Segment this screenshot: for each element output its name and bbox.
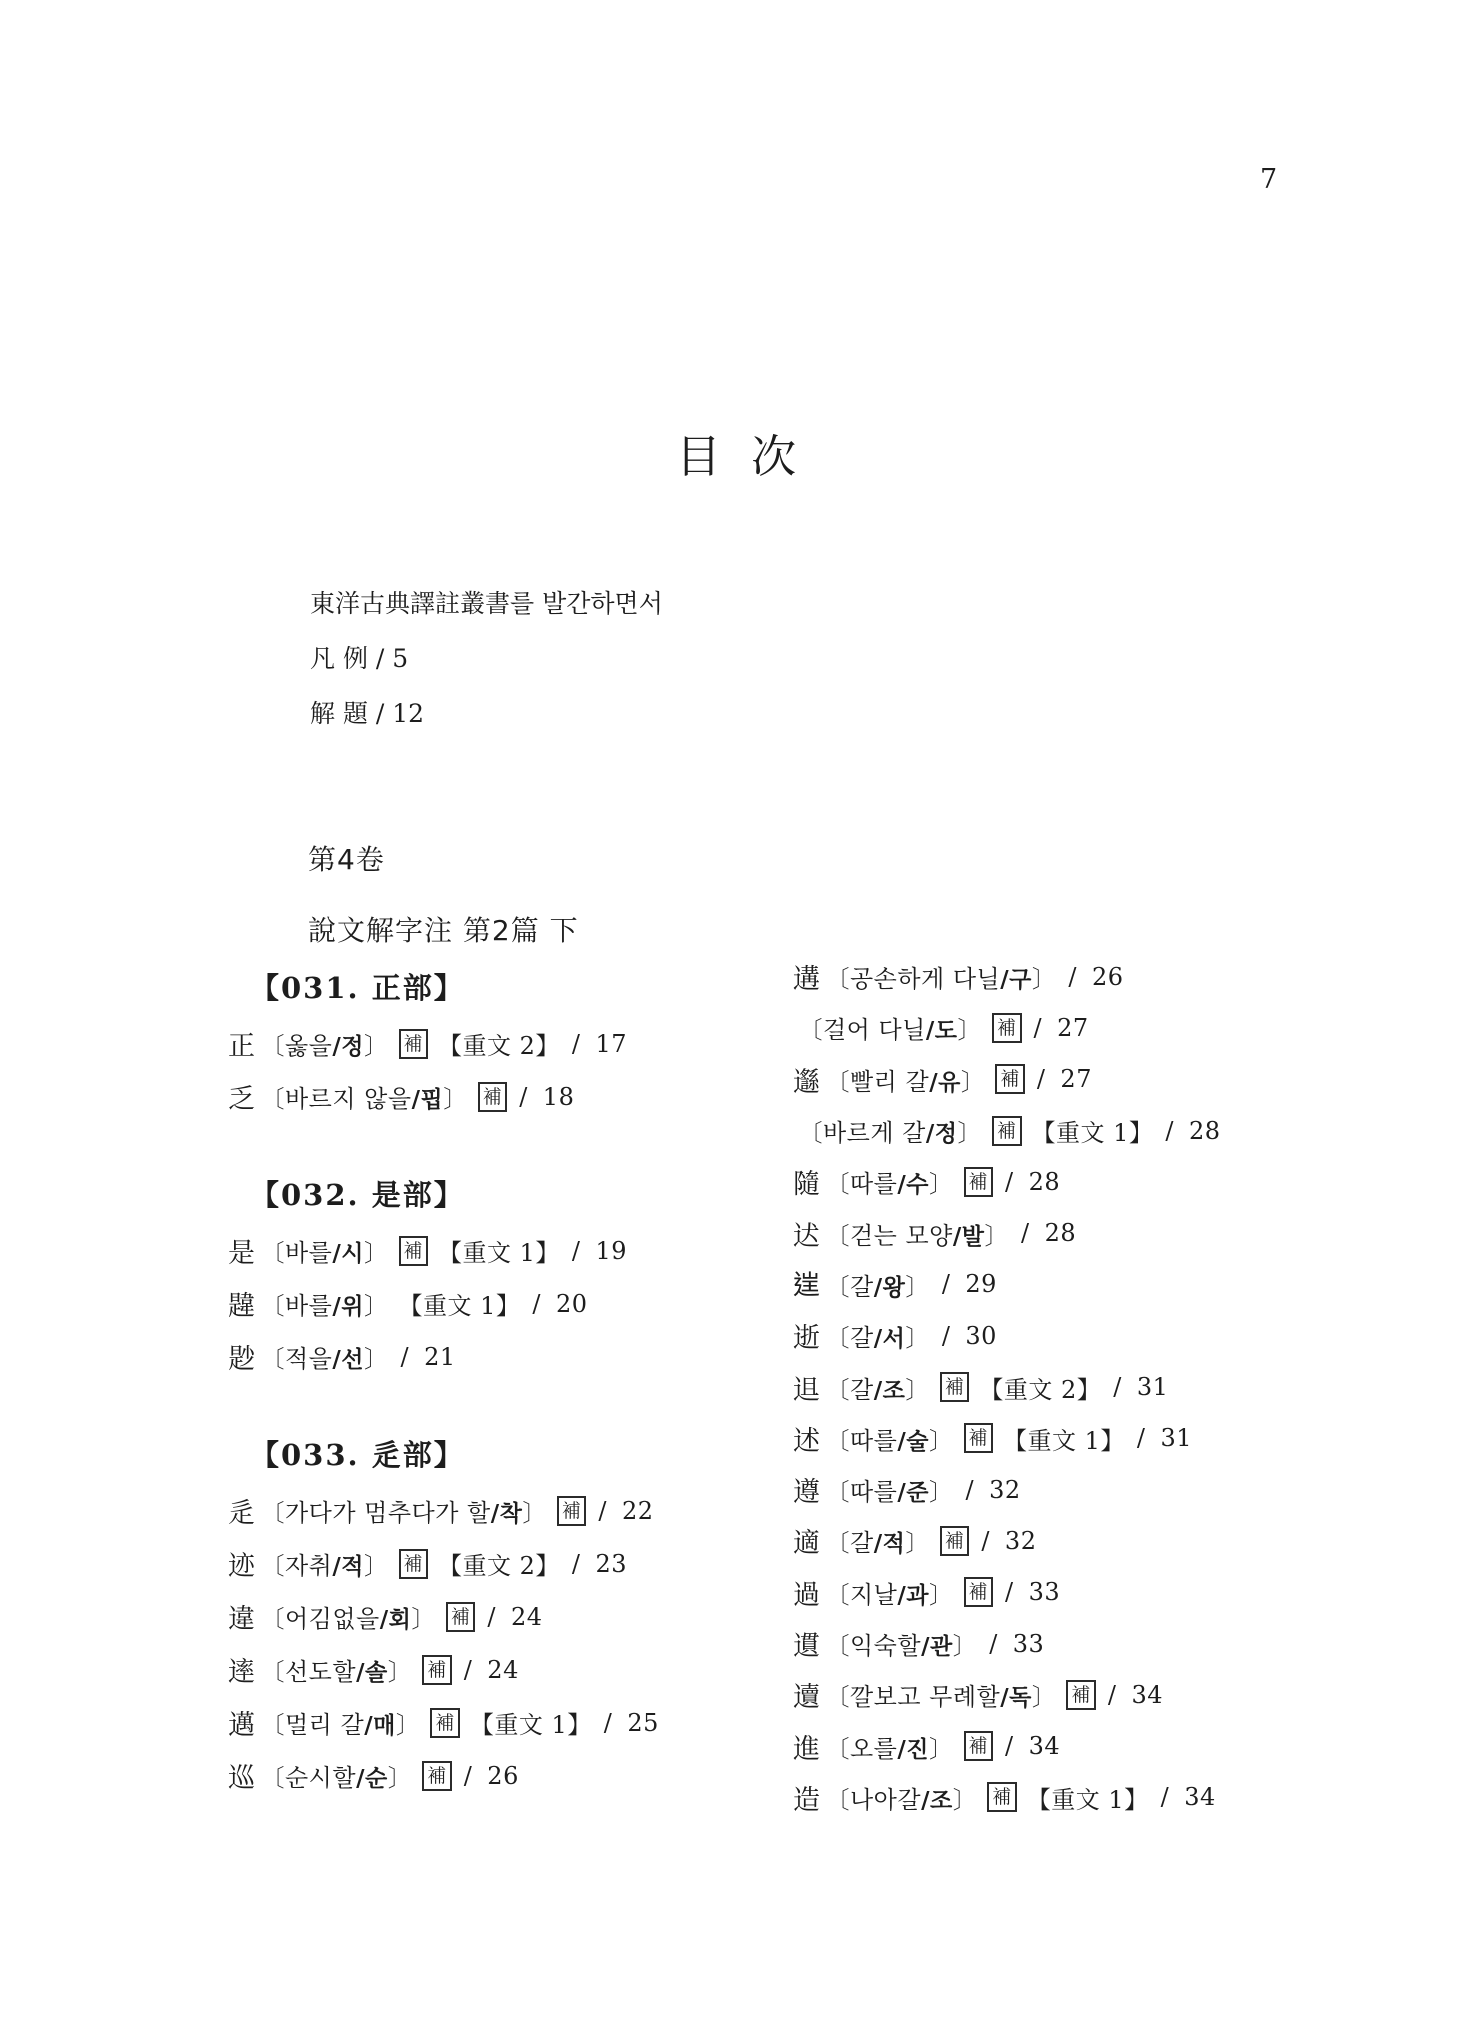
bo-supplement-mark: 補 — [964, 1423, 994, 1453]
entry-gloss: 오를 — [850, 1735, 897, 1763]
bo-supplement-mark: 補 — [987, 1782, 1017, 1812]
volume-number: 第4卷 — [308, 838, 579, 878]
entry-reading: 위 — [332, 1294, 364, 1320]
toc-entry: 正 옳을정 補 重文 2 17 — [228, 1017, 788, 1070]
entry-page-number: 28 — [1005, 1168, 1060, 1196]
entry-page-number: 28 — [1165, 1117, 1220, 1145]
entry-headword-hanja: 巡 — [228, 1756, 256, 1795]
entry-reading: 순 — [356, 1766, 388, 1792]
entry-page-number: 28 — [1021, 1219, 1076, 1247]
entry-gloss-bracket: 익숙할관 — [826, 1626, 978, 1661]
entry-gloss-bracket: 바르게 갈정 — [799, 1113, 983, 1148]
entry-page-number: 26 — [1068, 963, 1123, 991]
entry-gloss-bracket: 갈조 — [826, 1370, 930, 1405]
entry-gloss: 선도할 — [285, 1658, 356, 1686]
entry-reading: 독 — [1000, 1685, 1032, 1711]
entry-gloss: 갈 — [850, 1273, 874, 1301]
toc-entry: 是 바를시 補 重文 1 19 — [228, 1224, 788, 1277]
entry-page-number: 21 — [401, 1343, 456, 1371]
entry-gloss: 깔보고 무례할 — [850, 1683, 1000, 1711]
entry-reading: 과 — [897, 1583, 929, 1609]
bo-supplement-mark: 補 — [478, 1082, 508, 1112]
entry-reading: 유 — [929, 1070, 961, 1096]
entry-page-number: 31 — [1137, 1424, 1192, 1452]
scanned-toc-page: 7 目 次 東洋古典譯註叢書를 발간하면서 凡 例 / 5 解 題 / 12 第… — [0, 0, 1480, 2024]
entry-page-number: 18 — [519, 1083, 574, 1111]
jungmun-badge: 重文 1 — [438, 1233, 560, 1268]
toc-left-column: 【031. 正部】 正 옳을정 補 重文 2 17 乏 바르지 않을핍 補 — [228, 960, 788, 1802]
entry-gloss: 가다가 멈추다가 할 — [285, 1499, 491, 1527]
entry-gloss: 멀리 갈 — [285, 1711, 364, 1739]
entry-page-number: 34 — [1161, 1783, 1216, 1811]
section-entries: 是 바를시 補 重文 1 19 韙 바를위 重文 1 20 — [228, 1224, 788, 1383]
entry-gloss-bracket: 바를위 — [261, 1286, 389, 1321]
entry-gloss-bracket: 가다가 멈추다가 할착 — [261, 1493, 547, 1528]
toc-entry: 韙 바를위 重文 1 20 — [228, 1277, 788, 1330]
entry-gloss-bracket: 걸어 다닐도 — [799, 1010, 983, 1045]
entry-gloss-bracket: 빨리 갈유 — [826, 1062, 986, 1097]
entry-gloss: 바를 — [285, 1292, 332, 1320]
entry-gloss-bracket: 깔보고 무례할독 — [826, 1677, 1057, 1712]
entry-page-number: 27 — [1037, 1065, 1092, 1093]
entry-gloss: 지날 — [850, 1581, 897, 1609]
bo-supplement-mark: 補 — [557, 1496, 587, 1526]
section-header: 【032. 是部】 — [250, 1167, 788, 1220]
entry-reading: 적 — [874, 1531, 906, 1557]
entry-gloss: 옳을 — [285, 1032, 332, 1060]
entry-gloss-bracket: 옳을정 — [261, 1026, 389, 1061]
front-matter: 東洋古典譯註叢書를 발간하면서 凡 例 / 5 解 題 / 12 — [310, 576, 663, 741]
bo-supplement-mark: 補 — [940, 1526, 970, 1556]
bo-supplement-mark: 補 — [430, 1708, 460, 1738]
entry-gloss-bracket: 멀리 갈매 — [261, 1705, 421, 1740]
entry-gloss: 어김없을 — [285, 1605, 380, 1633]
jungmun-badge: 重文 1 — [399, 1286, 521, 1321]
entry-reading: 핍 — [412, 1087, 444, 1113]
bo-supplement-mark: 補 — [940, 1372, 970, 1402]
toc-section-033-chak: 【033. 辵部】 辵 가다가 멈추다가 할착 補 22 迹 자취적 補 — [228, 1427, 788, 1802]
entry-gloss-bracket: 적을선 — [261, 1339, 389, 1374]
entry-headword-hanja: 𨑒 — [793, 1012, 794, 1043]
entry-gloss-bracket: 바를시 — [261, 1233, 389, 1268]
bo-supplement-mark: 補 — [1066, 1680, 1096, 1710]
toc-entry: 逝 갈서 30 — [793, 1310, 1293, 1361]
entry-gloss-bracket: 갈적 — [826, 1523, 930, 1558]
entry-headword-hanja: 述 — [793, 1419, 821, 1458]
entry-headword-hanja: 正 — [228, 1024, 256, 1063]
entry-reading: 도 — [926, 1018, 958, 1044]
toc-entry: 䢐 갈조 補 重文 2 31 — [793, 1361, 1293, 1412]
toc-section-032-si: 【032. 是部】 是 바를시 補 重文 1 19 韙 바를위 — [228, 1167, 788, 1383]
toc-entry: 遘 공손하게 다닐구 26 — [793, 951, 1293, 1002]
jungmun-badge: 重文 2 — [979, 1370, 1101, 1405]
entry-page-number: 19 — [572, 1237, 627, 1265]
toc-entry: 尟 적을선 21 — [228, 1330, 788, 1383]
entry-gloss: 자취 — [285, 1552, 332, 1580]
jungmun-badge: 重文 1 — [1003, 1421, 1125, 1456]
entry-headword-hanja: 遵 — [793, 1470, 821, 1509]
entry-reading: 발 — [953, 1224, 985, 1250]
entry-gloss: 갈 — [850, 1376, 874, 1404]
entry-headword-hanja: 𨒌 — [793, 1115, 794, 1146]
toc-entry: 邁 멀리 갈매 補 重文 1 25 — [228, 1696, 788, 1749]
toc-entry: 巡 순시할순 補 26 — [228, 1749, 788, 1802]
entry-gloss: 공손하게 다닐 — [850, 965, 1000, 993]
entry-reading: 적 — [332, 1554, 364, 1580]
entry-headword-hanja: 迹 — [228, 1544, 256, 1583]
entry-gloss: 바를 — [285, 1239, 332, 1267]
entry-headword-hanja: 迖 — [793, 1214, 821, 1253]
toc-entry: 迹 자취적 補 重文 2 23 — [228, 1537, 788, 1590]
toc-entry: 遵 따를준 32 — [793, 1464, 1293, 1515]
bo-supplement-mark: 補 — [422, 1761, 452, 1791]
bo-supplement-mark: 補 — [992, 1116, 1022, 1146]
entry-page-number: 22 — [598, 1497, 653, 1525]
entry-page-number: 24 — [487, 1603, 542, 1631]
bo-supplement-mark: 補 — [399, 1549, 429, 1579]
entry-gloss-bracket: 걷는 모양발 — [826, 1216, 1010, 1251]
entry-reading: 준 — [897, 1480, 929, 1506]
entry-gloss: 갈 — [850, 1529, 874, 1557]
entry-gloss: 걸어 다닐 — [823, 1016, 926, 1044]
entry-page-number: 24 — [464, 1656, 519, 1684]
entry-headword-hanja: 是 — [228, 1231, 256, 1270]
toc-section-031-jeong: 【031. 正部】 正 옳을정 補 重文 2 17 乏 바르지 않을핍 補 — [228, 960, 788, 1123]
entry-headword-hanja: 進 — [793, 1727, 821, 1766]
toc-entry: 違 어김없을회 補 24 — [228, 1590, 788, 1643]
entry-page-number: 29 — [942, 1270, 997, 1298]
entry-reading: 조 — [921, 1788, 953, 1814]
entry-headword-hanja: 䢦 — [228, 1650, 256, 1689]
entry-reading: 착 — [491, 1501, 523, 1527]
entry-gloss-bracket: 순시할순 — [261, 1758, 413, 1793]
entry-reading: 정 — [332, 1034, 364, 1060]
toc-entry: 造 나아갈조 補 重文 1 34 — [793, 1772, 1293, 1823]
toc-entry: 遦 익숙할관 33 — [793, 1618, 1293, 1669]
entry-gloss-bracket: 어김없을회 — [261, 1599, 436, 1634]
jungmun-badge: 重文 1 — [1027, 1780, 1149, 1815]
bo-supplement-mark: 補 — [964, 1731, 994, 1761]
entry-gloss: 바르게 갈 — [823, 1119, 926, 1147]
entry-reading: 수 — [897, 1172, 929, 1198]
entry-gloss-bracket: 나아갈조 — [826, 1780, 978, 1815]
entry-gloss-bracket: 따를준 — [826, 1472, 954, 1507]
toc-right-column: 遘 공손하게 다닐구 26 𨑒 걸어 다닐도 補 27 邎 빨리 갈유 — [793, 951, 1293, 1823]
bo-supplement-mark: 補 — [399, 1236, 429, 1266]
entry-headword-hanja: 䢱 — [793, 1675, 821, 1714]
jungmun-badge: 重文 2 — [438, 1026, 560, 1061]
entry-page-number: 33 — [989, 1630, 1044, 1658]
bo-supplement-mark: 補 — [422, 1655, 452, 1685]
entry-gloss-bracket: 오를진 — [826, 1729, 954, 1764]
entry-headword-hanja: 邎 — [793, 1060, 821, 1099]
entry-headword-hanja: 造 — [793, 1778, 821, 1817]
entry-headword-hanja: 過 — [793, 1573, 821, 1612]
entry-headword-hanja: 辵 — [228, 1491, 256, 1530]
entry-headword-hanja: 𨓏 — [793, 1268, 821, 1301]
toc-entry: 𨓏 갈왕 29 — [793, 1259, 1293, 1310]
entry-page-number: 33 — [1005, 1578, 1060, 1606]
toc-entry: 隨 따를수 補 28 — [793, 1156, 1293, 1207]
volume-title: 說文解字注 第2篇 下 — [308, 909, 579, 949]
section-entries: 正 옳을정 補 重文 2 17 乏 바르지 않을핍 補 18 — [228, 1017, 788, 1123]
toc-entry: 辵 가다가 멈추다가 할착 補 22 — [228, 1484, 788, 1537]
entry-headword-hanja: 䢐 — [793, 1368, 821, 1407]
toc-entry: 䢦 선도할솔 補 24 — [228, 1643, 788, 1696]
entry-headword-hanja: 逝 — [793, 1316, 821, 1355]
entry-reading: 관 — [921, 1634, 953, 1660]
bo-supplement-mark: 補 — [964, 1167, 994, 1197]
entry-gloss: 빨리 갈 — [850, 1068, 929, 1096]
page-number: 7 — [1260, 164, 1278, 195]
toc-entry: 邎 빨리 갈유 補 27 — [793, 1054, 1293, 1105]
front-matter-line-haeje: 解 題 / 12 — [310, 686, 663, 741]
entry-reading: 술 — [897, 1429, 929, 1455]
entry-headword-hanja: 遦 — [793, 1624, 821, 1663]
toc-entry: 𨑒 걸어 다닐도 補 27 — [793, 1002, 1293, 1053]
entry-reading: 매 — [364, 1713, 396, 1739]
entry-gloss-bracket: 지날과 — [826, 1575, 954, 1610]
entry-gloss: 걷는 모양 — [850, 1222, 953, 1250]
entry-gloss-bracket: 자취적 — [261, 1546, 389, 1581]
section-header: 【031. 正部】 — [250, 960, 788, 1013]
toc-entry: 適 갈적 補 32 — [793, 1515, 1293, 1566]
entry-page-number: 32 — [981, 1527, 1036, 1555]
entry-gloss: 적을 — [285, 1345, 332, 1373]
volume-heading: 第4卷 說文解字注 第2篇 下 — [308, 838, 579, 949]
toc-entry: 乏 바르지 않을핍 補 18 — [228, 1070, 788, 1123]
front-matter-line-foreword: 東洋古典譯註叢書를 발간하면서 — [310, 576, 663, 631]
entry-gloss: 순시할 — [285, 1764, 356, 1792]
entry-gloss: 따를 — [850, 1170, 897, 1198]
entry-headword-hanja: 遘 — [793, 957, 821, 996]
bo-supplement-mark: 補 — [995, 1064, 1025, 1094]
entry-gloss: 갈 — [850, 1324, 874, 1352]
entry-gloss-bracket: 바르지 않을핍 — [261, 1079, 468, 1114]
toc-title: 目 次 — [0, 420, 1480, 485]
entry-gloss-bracket: 갈서 — [826, 1318, 930, 1353]
entry-page-number: 27 — [1034, 1014, 1089, 1042]
jungmun-badge: 重文 1 — [1032, 1113, 1154, 1148]
entry-headword-hanja: 尟 — [228, 1337, 256, 1376]
entry-gloss-bracket: 공손하게 다닐구 — [826, 959, 1057, 994]
entry-reading: 솔 — [356, 1660, 388, 1686]
toc-entry: 迖 걷는 모양발 28 — [793, 1207, 1293, 1258]
entry-gloss: 따를 — [850, 1478, 897, 1506]
bo-supplement-mark: 補 — [446, 1602, 476, 1632]
entry-reading: 선 — [332, 1347, 364, 1373]
entry-page-number: 32 — [966, 1476, 1021, 1504]
entry-reading: 왕 — [874, 1275, 906, 1301]
entry-page-number: 26 — [464, 1762, 519, 1790]
entry-reading: 구 — [1000, 967, 1032, 993]
entry-gloss: 바르지 않을 — [285, 1085, 412, 1113]
entry-gloss: 나아갈 — [850, 1786, 921, 1814]
bo-supplement-mark: 補 — [992, 1013, 1022, 1043]
front-matter-line-beomrye: 凡 例 / 5 — [310, 631, 663, 686]
toc-entry: 進 오를진 補 34 — [793, 1720, 1293, 1771]
entry-page-number: 20 — [532, 1290, 587, 1318]
entry-headword-hanja: 乏 — [228, 1077, 256, 1116]
entry-gloss-bracket: 선도할솔 — [261, 1652, 413, 1687]
bo-supplement-mark: 補 — [399, 1029, 429, 1059]
entry-headword-hanja: 適 — [793, 1521, 821, 1560]
entry-reading: 정 — [926, 1121, 958, 1147]
entry-page-number: 30 — [942, 1322, 997, 1350]
toc-entry: 𨒌 바르게 갈정 補 重文 1 28 — [793, 1105, 1293, 1156]
entry-page-number: 23 — [572, 1550, 627, 1578]
jungmun-badge: 重文 1 — [470, 1705, 592, 1740]
entry-reading: 회 — [380, 1607, 412, 1633]
entry-gloss-bracket: 갈왕 — [826, 1267, 930, 1302]
section-entries-continued: 遘 공손하게 다닐구 26 𨑒 걸어 다닐도 補 27 邎 빨리 갈유 — [793, 951, 1293, 1823]
entry-reading: 진 — [897, 1737, 929, 1763]
section-entries: 辵 가다가 멈추다가 할착 補 22 迹 자취적 補 重文 2 23 — [228, 1484, 788, 1802]
toc-entry: 過 지날과 補 33 — [793, 1567, 1293, 1618]
entry-page-number: 34 — [1108, 1681, 1163, 1709]
entry-reading: 시 — [332, 1241, 364, 1267]
entry-reading: 조 — [874, 1378, 906, 1404]
entry-reading: 서 — [874, 1326, 906, 1352]
entry-page-number: 17 — [572, 1030, 627, 1058]
entry-headword-hanja: 邁 — [228, 1703, 256, 1742]
toc-entry: 述 따를술 補 重文 1 31 — [793, 1413, 1293, 1464]
bo-supplement-mark: 補 — [964, 1577, 994, 1607]
jungmun-badge: 重文 2 — [438, 1546, 560, 1581]
entry-page-number: 34 — [1005, 1732, 1060, 1760]
entry-headword-hanja: 隨 — [793, 1162, 821, 1201]
entry-page-number: 25 — [604, 1709, 659, 1737]
entry-gloss: 따를 — [850, 1427, 897, 1455]
entry-gloss-bracket: 따를술 — [826, 1421, 954, 1456]
entry-page-number: 31 — [1113, 1373, 1168, 1401]
entry-gloss: 익숙할 — [850, 1632, 921, 1660]
toc-entry: 䢱 깔보고 무례할독 補 34 — [793, 1669, 1293, 1720]
entry-headword-hanja: 韙 — [228, 1284, 256, 1323]
entry-gloss-bracket: 따를수 — [826, 1164, 954, 1199]
entry-headword-hanja: 違 — [228, 1597, 256, 1636]
section-header: 【033. 辵部】 — [250, 1427, 788, 1480]
